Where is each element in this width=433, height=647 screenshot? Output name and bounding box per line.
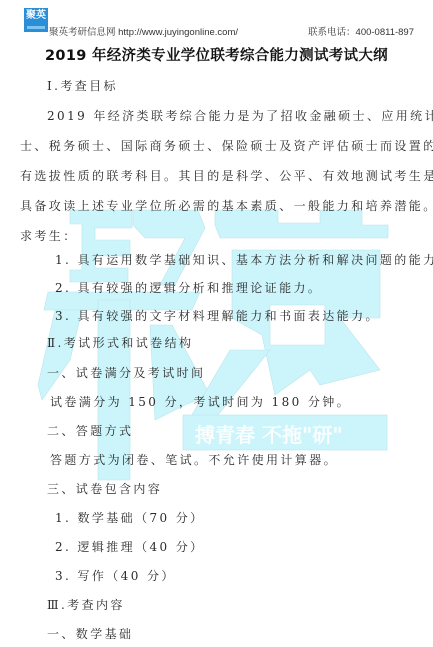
site-label[interactable]: 聚英考研信息网 http://www.juyingonline.com/ [49, 24, 238, 38]
content-item: 2. 逻辑推理（40 分） [55, 538, 205, 555]
document-title: 2019 年经济类专业学位联考综合能力测试考试大纲 [0, 44, 433, 65]
paragraph-line: 有选拔性质的联考科目。其目的是科学、公平、有效地测试考生是否 [20, 167, 433, 184]
subsection-heading: 一、试卷满分及考试时间 [47, 364, 205, 381]
content-item: 1. 数学基础（70 分） [55, 509, 205, 526]
paragraph-line: 士、税务硕士、国际商务硕士、保险硕士及资产评估硕士而设置的具 [20, 137, 433, 154]
juying-logo: 聚英 [24, 8, 48, 32]
subsection-heading: 一、数学基础 [47, 625, 133, 642]
requirement-item: 1. 具有运用数学基础知识、基本方法分析和解决问题的能力。 [55, 251, 433, 268]
paragraph-line: 2019 年经济类联考综合能力是为了招收金融硕士、应用统计硕 [47, 107, 433, 124]
requirement-item: 3. 具有较强的文字材料理解能力和书面表达能力。 [55, 307, 380, 324]
logo-bar [27, 26, 45, 29]
subsection-heading: 二、答题方式 [47, 422, 133, 439]
section-1-heading: Ⅰ.考查目标 [47, 77, 118, 94]
section-3-heading: Ⅲ.考查内容 [47, 596, 125, 613]
requirement-item: 2. 具有较强的逻辑分析和推理论证能力。 [55, 279, 322, 296]
subsection-text: 答题方式为闭卷、笔试。不允许使用计算器。 [50, 451, 338, 468]
paragraph-line: 求考生： [20, 227, 78, 244]
subsection-heading: 三、试卷包含内容 [47, 480, 162, 497]
section-2-heading: Ⅱ.考试形式和试卷结构 [47, 334, 193, 351]
content-item: 3. 写作（40 分） [55, 567, 176, 584]
phone-label: 联系电话：400-0811-897 [308, 24, 414, 38]
subsection-text: 试卷满分为 150 分，考试时间为 180 分钟。 [50, 393, 351, 410]
page-header: 聚英 聚英考研信息网 http://www.juyingonline.com/ … [24, 8, 414, 38]
paragraph-line: 具备攻读上述专业学位所必需的基本素质、一般能力和培养潜能。要 [20, 197, 433, 214]
